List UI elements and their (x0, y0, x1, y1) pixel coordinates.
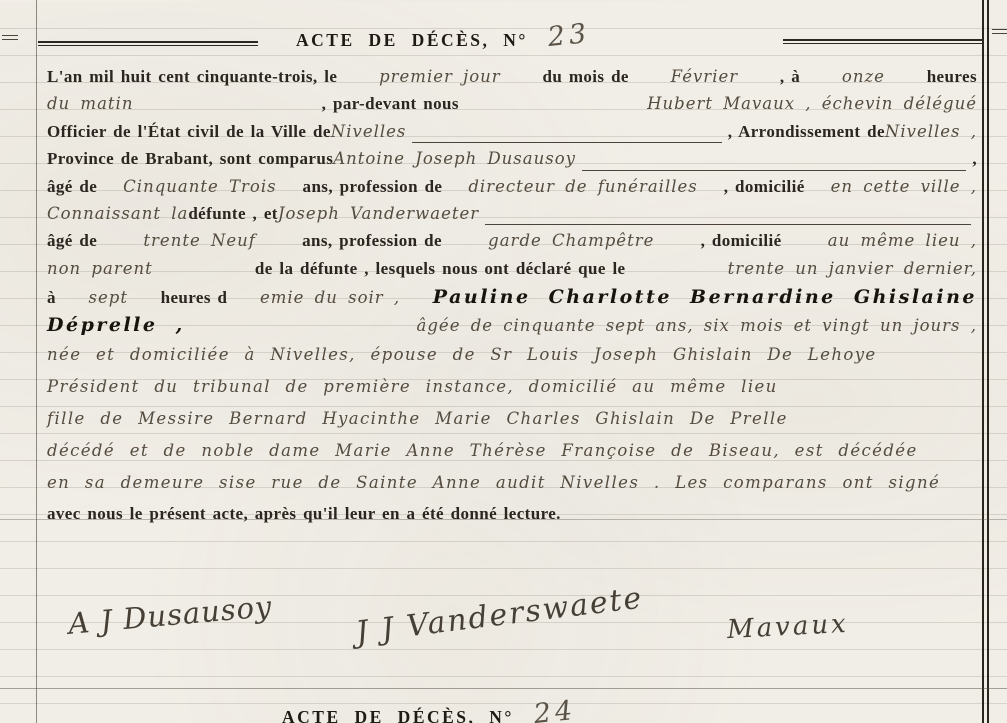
act-line: fille de Messire Bernard Hyacinthe Marie… (47, 409, 977, 441)
act-line: âgé deCinquante Troisans, profession ded… (47, 177, 977, 204)
next-act-number-handwritten: 24 (532, 695, 577, 723)
handwritten-name-bold: Déprelle , (47, 314, 185, 336)
printed-text: ans, profession de (303, 177, 443, 197)
handwritten-name-bold: Pauline Charlotte Bernardine Ghislaine (433, 286, 977, 308)
printed-text: du mois de (542, 67, 628, 87)
act-body: L'an mil huit cent cinquante-trois, lepr… (47, 67, 977, 532)
margin-mark-left (2, 35, 18, 40)
handwritten-text: en sa demeure sise rue de Sainte Anne au… (47, 473, 940, 492)
ink-fill-line (582, 163, 966, 171)
printed-text: Province de Brabant, sont comparus (47, 149, 333, 169)
printed-text: , Arrondissement de (728, 122, 885, 142)
top-double-rule-left (38, 41, 258, 46)
act-line: Province de Brabant, sont comparusAntoin… (47, 149, 977, 176)
handwritten-text: en cette ville , (831, 177, 977, 196)
handwritten-text: Connaissant la (47, 204, 188, 223)
handwritten-text: sept (89, 288, 128, 307)
act-line: non parentde la défunte , lesquels nous … (47, 259, 977, 286)
act-number-handwritten: 23 (546, 18, 591, 53)
signature-mavaux: Mavaux (727, 609, 850, 645)
handwritten-text: Antoine Joseph Dusausoy (333, 149, 576, 168)
printed-text: avec nous le présent acte, après qu'il l… (47, 504, 561, 524)
handwritten-text: directeur de funérailles (468, 177, 697, 196)
handwritten-text: Président du tribunal de première instan… (47, 377, 778, 396)
handwritten-text: décédé et de noble dame Marie Anne Thérè… (47, 441, 918, 460)
act-line: Président du tribunal de première instan… (47, 377, 977, 409)
printed-text: ans, profession de (302, 231, 442, 251)
printed-text: de la défunte , lesquels nous ont déclar… (255, 259, 626, 279)
handwritten-text: premier jour (379, 67, 501, 86)
left-margin-rule (36, 0, 37, 723)
handwritten-text: âgée de cinquante sept ans, six mois et … (417, 316, 977, 335)
margin-mark-right (992, 29, 1007, 34)
act-line: décédé et de noble dame Marie Anne Thérè… (47, 441, 977, 473)
handwritten-text: Nivelles (331, 122, 407, 141)
printed-text: défunte , et (188, 204, 278, 224)
printed-text: heures (927, 67, 977, 87)
act-line: Officier de l'État civil de la Ville deN… (47, 122, 977, 149)
act-title: ACTE DE DÉCÈS, N° (296, 30, 528, 50)
handwritten-text: fille de Messire Bernard Hyacinthe Marie… (47, 409, 788, 428)
printed-text: âgé de (47, 177, 97, 197)
printed-text: heures d (161, 288, 228, 308)
act-line: Déprelle ,âgée de cinquante sept ans, si… (47, 314, 977, 346)
printed-text: à (47, 288, 56, 308)
handwritten-text: Février (671, 67, 738, 86)
right-border-double-rule (982, 0, 989, 723)
act-line: L'an mil huit cent cinquante-trois, lepr… (47, 67, 977, 94)
ruled-line-above-next-act (0, 688, 1007, 689)
printed-text: , (972, 149, 977, 169)
printed-text: , par-devant nous (322, 94, 459, 114)
top-double-rule-right (783, 39, 983, 44)
handwritten-text: Nivelles , (885, 122, 977, 141)
handwritten-text: non parent (47, 259, 153, 278)
handwritten-text: du matin (47, 94, 133, 113)
signature-vanderswaete: J J Vanderswaete (354, 581, 645, 651)
printed-text: Officier de l'État civil de la Ville de (47, 122, 331, 142)
handwritten-text: trente un janvier dernier, (728, 259, 977, 278)
handwritten-text: onze (842, 67, 885, 86)
act-line: née et domiciliée à Nivelles, épouse de … (47, 345, 977, 377)
signature-row: A J Dusausoy J J Vanderswaete Mavaux (40, 598, 967, 642)
act-line: Connaissant ladéfunte , etJoseph Vanderw… (47, 204, 977, 231)
act-line: âgé detrente Neufans, profession degarde… (47, 231, 977, 258)
handwritten-text: au même lieu , (828, 231, 977, 250)
handwritten-text: Joseph Vanderwaeter (278, 204, 479, 223)
handwritten-text: Cinquante Trois (123, 177, 276, 196)
next-act-title: ACTE DE DÉCÈS, N° (282, 707, 514, 723)
handwritten-text: Hubert Mavaux , échevin délégué (647, 94, 977, 113)
act-line: àseptheures demie du soir ,Pauline Charl… (47, 286, 977, 313)
handwritten-text: trente Neuf (143, 231, 256, 250)
ink-fill-line (485, 217, 971, 225)
printed-text: , à (780, 67, 800, 87)
printed-text: , domicilié (724, 177, 805, 197)
printed-text: , domicilié (701, 231, 782, 251)
handwritten-text: garde Champêtre (488, 231, 654, 250)
printed-text: âgé de (47, 231, 97, 251)
act-line: en sa demeure sise rue de Sainte Anne au… (47, 473, 977, 505)
act-line: avec nous le présent acte, après qu'il l… (47, 504, 977, 531)
handwritten-text: née et domiciliée à Nivelles, épouse de … (47, 345, 877, 364)
ink-fill-line (412, 135, 721, 143)
handwritten-text: emie du soir , (260, 288, 400, 307)
printed-text: L'an mil huit cent cinquante-trois, le (47, 67, 337, 87)
act-header: ACTE DE DÉCÈS, N° 23 (296, 22, 590, 53)
signature-dusausoy: A J Dusausoy (67, 589, 274, 641)
act-line: du matin, par-devant nousHubert Mavaux ,… (47, 94, 977, 121)
next-act-header: ACTE DE DÉCÈS, N° 24 (282, 699, 576, 723)
